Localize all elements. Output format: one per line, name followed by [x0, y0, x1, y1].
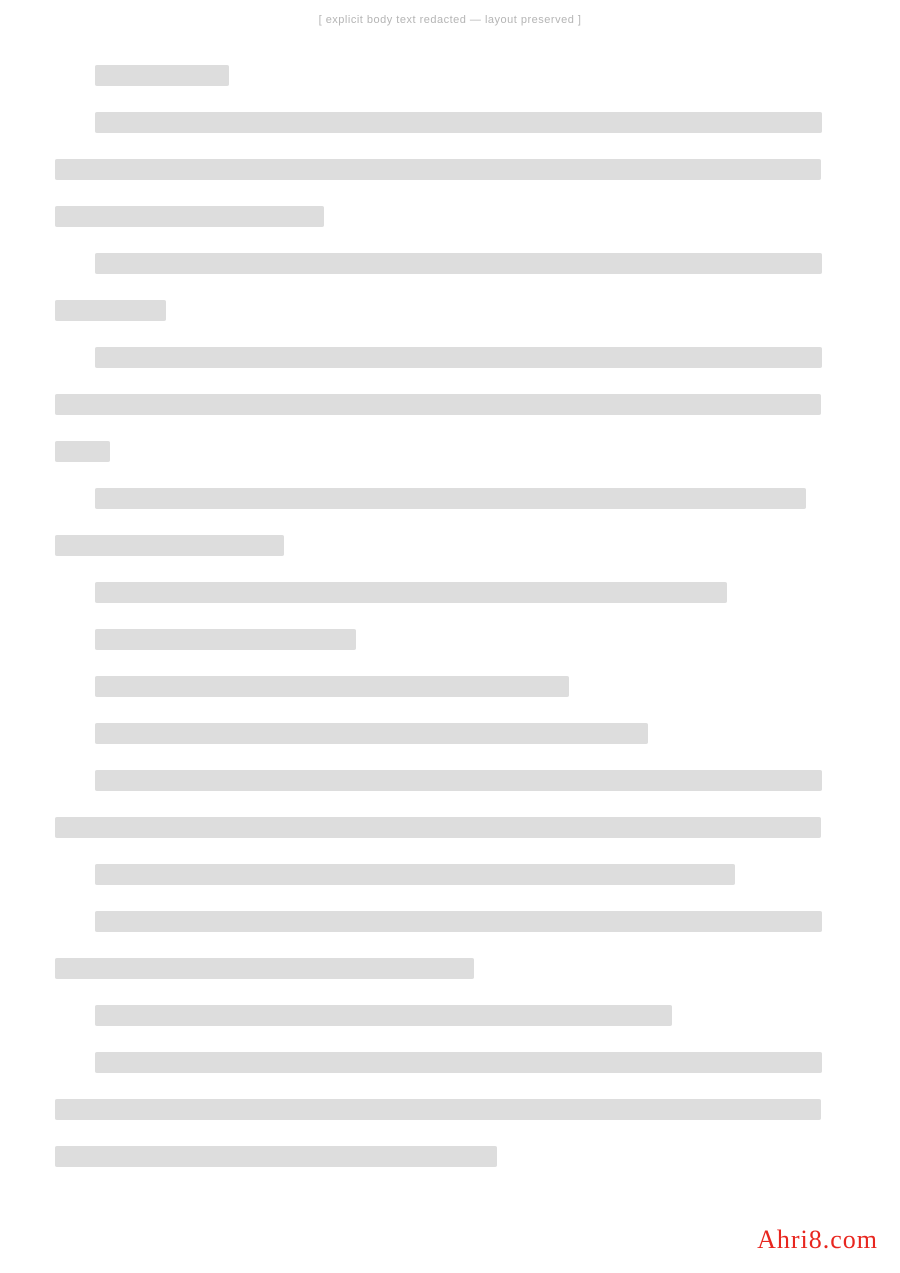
redacted-text-line: [55, 898, 845, 945]
paragraph: [55, 898, 845, 992]
paragraph: [55, 992, 845, 1039]
redacted-text-line: [55, 99, 845, 146]
paragraph: [55, 475, 845, 569]
redacted-text-line: [55, 1086, 845, 1133]
redacted-text-line: [55, 334, 845, 381]
redacted-text-bar: [95, 911, 822, 932]
paragraph: [55, 616, 845, 663]
redacted-text-bar: [55, 300, 166, 321]
paragraph: [55, 334, 845, 475]
redacted-text-bar: [95, 112, 822, 133]
paragraph: [55, 1039, 845, 1180]
redacted-text-bar: [95, 65, 229, 86]
paragraph: [55, 757, 845, 851]
redacted-text-line: [55, 475, 845, 522]
redacted-text-line: [55, 52, 845, 99]
redacted-text-bar: [95, 770, 822, 791]
redacted-text-bar: [55, 817, 821, 838]
redacted-text-bar: [95, 676, 569, 697]
redaction-note: [ explicit body text redacted — layout p…: [0, 14, 900, 26]
text-content: [55, 52, 845, 1180]
redacted-text-bar: [95, 582, 727, 603]
paragraph: [55, 52, 845, 99]
paragraph: [55, 240, 845, 334]
redacted-text-line: [55, 804, 845, 851]
redacted-text-bar: [95, 1052, 822, 1073]
paragraph: [55, 851, 845, 898]
redacted-text-line: [55, 240, 845, 287]
redacted-text-bar: [55, 1146, 497, 1167]
redacted-text-line: [55, 193, 845, 240]
redacted-text-bar: [95, 864, 735, 885]
paragraph: [55, 710, 845, 757]
redacted-text-line: [55, 663, 845, 710]
redacted-text-line: [55, 569, 845, 616]
redacted-text-line: [55, 522, 845, 569]
paragraph: [55, 663, 845, 710]
redacted-text-line: [55, 287, 845, 334]
redacted-text-bar: [55, 441, 110, 462]
redacted-text-line: [55, 428, 845, 475]
redacted-text-bar: [55, 958, 474, 979]
redacted-text-line: [55, 992, 845, 1039]
redacted-text-bar: [55, 1099, 821, 1120]
redacted-text-bar: [55, 159, 821, 180]
redacted-text-bar: [55, 535, 284, 556]
redacted-text-line: [55, 1133, 845, 1180]
redacted-text-bar: [95, 488, 806, 509]
redacted-text-line: [55, 710, 845, 757]
paragraph: [55, 99, 845, 240]
redacted-text-line: [55, 851, 845, 898]
redacted-text-line: [55, 757, 845, 804]
redacted-text-bar: [95, 253, 822, 274]
paragraph: [55, 569, 845, 616]
redacted-text-bar: [95, 1005, 672, 1026]
redacted-text-line: [55, 1039, 845, 1086]
document-page: [ explicit body text redacted — layout p…: [0, 0, 900, 1273]
redacted-text-line: [55, 146, 845, 193]
redacted-text-line: [55, 616, 845, 663]
redacted-text-line: [55, 381, 845, 428]
redacted-text-bar: [95, 723, 648, 744]
redacted-text-bar: [55, 394, 821, 415]
redacted-text-bar: [95, 347, 822, 368]
redacted-text-bar: [55, 206, 324, 227]
redacted-text-line: [55, 945, 845, 992]
redacted-text-bar: [95, 629, 356, 650]
site-watermark: Ahri8.com: [757, 1225, 878, 1255]
